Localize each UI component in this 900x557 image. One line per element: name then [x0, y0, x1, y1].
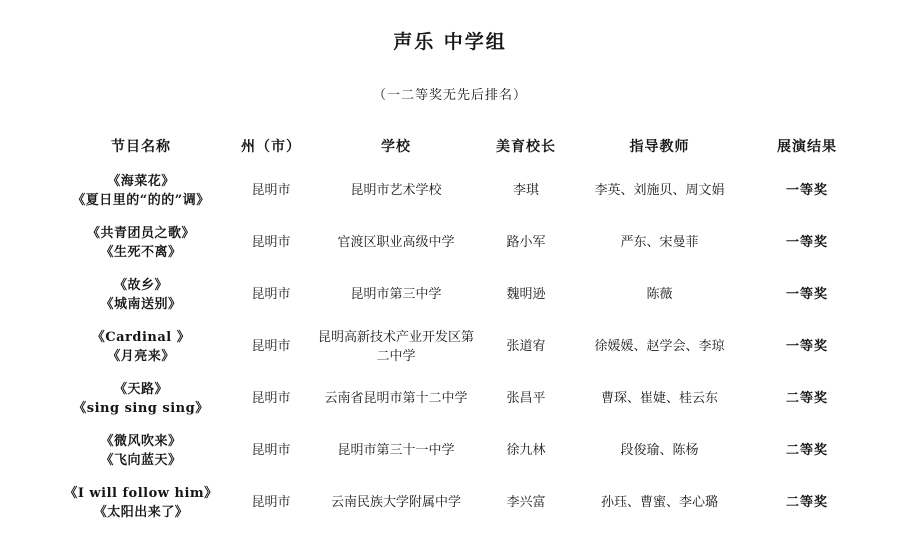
cell-result: 二等奖 [747, 491, 867, 515]
cell-principal: 徐九林 [480, 439, 572, 463]
cell-result: 一等奖 [747, 231, 867, 255]
cell-teachers: 徐媛媛、赵学会、李琼 [572, 335, 747, 359]
cell-result: 一等奖 [747, 283, 867, 307]
cell-teachers: 李英、刘施贝、周文娟 [572, 179, 747, 203]
program-line-1: 《海菜花》 [57, 172, 225, 192]
cell-city: 昆明市 [230, 179, 312, 203]
cell-principal: 魏明逊 [480, 283, 572, 307]
program-line-2: 《生死不离》 [57, 243, 225, 263]
page-subtitle: （一二等奖无先后排名） [0, 84, 900, 103]
cell-teachers: 孙珏、曹蜜、李心璐 [572, 491, 747, 515]
page-title: 声乐 中学组 [0, 27, 900, 54]
table-row: 《海菜花》 《夏日里的“的的”调》 昆明市 昆明市艺术学校 李琪 李英、刘施贝、… [52, 165, 867, 217]
table-row: 《故乡》 《城南送别》 昆明市 昆明市第三中学 魏明逊 陈薇 一等奖 [52, 269, 867, 321]
cell-city: 昆明市 [230, 491, 312, 515]
cell-principal: 张道宥 [480, 335, 572, 359]
cell-school: 昆明市艺术学校 [312, 179, 480, 203]
header-school: 学校 [312, 135, 480, 160]
header-program: 节目名称 [52, 135, 230, 160]
cell-program: 《微风吹来》 《飞向蓝天》 [52, 430, 230, 473]
cell-result: 一等奖 [747, 179, 867, 203]
cell-program: 《共青团员之歌》 《生死不离》 [52, 222, 230, 265]
cell-city: 昆明市 [230, 387, 312, 411]
cell-principal: 李兴富 [480, 491, 572, 515]
table-body: 《海菜花》 《夏日里的“的的”调》 昆明市 昆明市艺术学校 李琪 李英、刘施贝、… [52, 165, 867, 529]
table-header-row: 节目名称 州（市） 学校 美育校长 指导教师 展演结果 [52, 129, 867, 165]
table-row: 《微风吹来》 《飞向蓝天》 昆明市 昆明市第三十一中学 徐九林 段俊瑜、陈杨 二… [52, 425, 867, 477]
cell-school: 云南民族大学附属中学 [312, 491, 480, 515]
cell-school: 官渡区职业高级中学 [312, 231, 480, 255]
program-line-1: 《Cardinal 》 [57, 328, 225, 348]
program-line-1: 《I will follow him》 [57, 484, 225, 504]
program-line-1: 《故乡》 [57, 276, 225, 296]
header-teachers: 指导教师 [572, 135, 747, 160]
program-line-1: 《微风吹来》 [57, 432, 225, 452]
program-line-1: 《天路》 [57, 380, 225, 400]
cell-city: 昆明市 [230, 335, 312, 359]
results-table: 节目名称 州（市） 学校 美育校长 指导教师 展演结果 《海菜花》 《夏日里的“… [52, 129, 867, 529]
header-result: 展演结果 [747, 135, 867, 160]
cell-school: 云南省昆明市第十二中学 [312, 387, 480, 411]
table-row: 《Cardinal 》 《月亮来》 昆明市 昆明高新技术产业开发区第二中学 张道… [52, 321, 867, 373]
cell-result: 二等奖 [747, 439, 867, 463]
cell-teachers: 段俊瑜、陈杨 [572, 439, 747, 463]
cell-teachers: 曹琛、崔婕、桂云东 [572, 387, 747, 411]
table-row: 《天路》 《sing sing sing》 昆明市 云南省昆明市第十二中学 张昌… [52, 373, 867, 425]
cell-program: 《I will follow him》 《太阳出来了》 [52, 482, 230, 525]
cell-school: 昆明市第三十一中学 [312, 439, 480, 463]
header-principal: 美育校长 [480, 135, 572, 160]
program-line-2: 《太阳出来了》 [57, 503, 225, 523]
program-line-2: 《月亮来》 [57, 347, 225, 367]
cell-city: 昆明市 [230, 283, 312, 307]
program-line-2: 《夏日里的“的的”调》 [57, 191, 225, 211]
document-page: 声乐 中学组 （一二等奖无先后排名） 节目名称 州（市） 学校 美育校长 指导教… [0, 0, 900, 529]
table-row: 《I will follow him》 《太阳出来了》 昆明市 云南民族大学附属… [52, 477, 867, 529]
program-line-2: 《城南送别》 [57, 295, 225, 315]
cell-principal: 路小军 [480, 231, 572, 255]
table-row: 《共青团员之歌》 《生死不离》 昆明市 官渡区职业高级中学 路小军 严东、宋曼菲… [52, 217, 867, 269]
program-line-2: 《sing sing sing》 [57, 399, 225, 419]
cell-result: 二等奖 [747, 387, 867, 411]
program-line-1: 《共青团员之歌》 [57, 224, 225, 244]
cell-principal: 张昌平 [480, 387, 572, 411]
cell-program: 《海菜花》 《夏日里的“的的”调》 [52, 170, 230, 213]
cell-city: 昆明市 [230, 439, 312, 463]
cell-program: 《故乡》 《城南送别》 [52, 274, 230, 317]
cell-principal: 李琪 [480, 179, 572, 203]
cell-teachers: 陈薇 [572, 283, 747, 307]
cell-city: 昆明市 [230, 231, 312, 255]
program-line-2: 《飞向蓝天》 [57, 451, 225, 471]
cell-result: 一等奖 [747, 335, 867, 359]
cell-program: 《天路》 《sing sing sing》 [52, 378, 230, 421]
cell-teachers: 严东、宋曼菲 [572, 231, 747, 255]
cell-school: 昆明高新技术产业开发区第二中学 [312, 326, 480, 369]
header-city: 州（市） [230, 135, 312, 160]
cell-program: 《Cardinal 》 《月亮来》 [52, 326, 230, 369]
cell-school: 昆明市第三中学 [312, 283, 480, 307]
